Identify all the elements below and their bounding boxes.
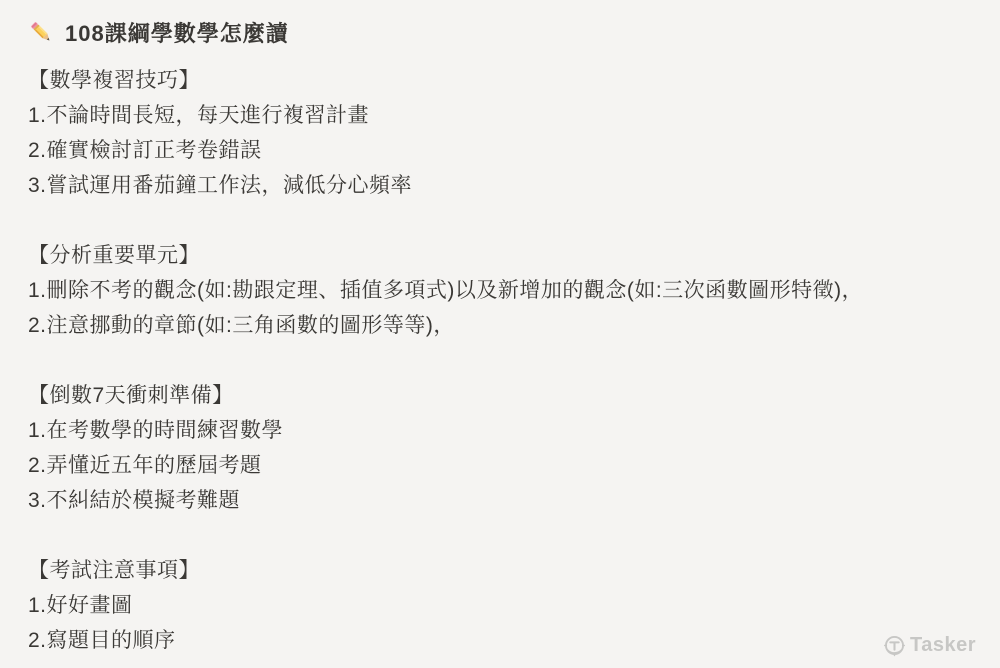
section-key-units: 【分析重要單元】 1.刪除不考的觀念(如:勘跟定理、插值多項式)以及新增加的觀念… (28, 238, 972, 343)
section-heading: 【倒數7天衝刺準備】 (28, 378, 972, 413)
section-final-sprint: 【倒數7天衝刺準備】 1.在考數學的時間練習數學 2.弄懂近五年的歷屆考題 3.… (28, 378, 972, 518)
list-item: 2.寫題目的順序 (28, 623, 972, 658)
document-page: 108課綱學數學怎麼讀 【數學複習技巧】 1.不論時間長短，每天進行複習計畫 2… (0, 0, 1000, 658)
list-item: 2.弄懂近五年的歷屆考題 (28, 448, 972, 483)
page-title-text: 108課綱學數學怎麼讀 (65, 17, 289, 48)
list-item: 1.不論時間長短，每天進行複習計畫 (28, 98, 972, 133)
list-item: 1.好好畫圖 (28, 588, 972, 623)
list-item: 1.在考數學的時間練習數學 (28, 413, 972, 448)
section-heading: 【分析重要單元】 (28, 238, 972, 273)
watermark: Tasker (882, 633, 976, 658)
section-exam-notes: 【考試注意事項】 1.好好畫圖 2.寫題目的順序 (28, 553, 972, 658)
list-item: 2.確實檢討訂正考卷錯誤 (28, 133, 972, 168)
list-item: 3.不糾結於模擬考難題 (28, 483, 972, 518)
page-title: 108課綱學數學怎麼讀 (28, 14, 972, 50)
list-item: 1.刪除不考的觀念(如:勘跟定理、插值多項式)以及新增加的觀念(如:三次函數圖形… (28, 273, 972, 308)
watermark-text: Tasker (910, 634, 976, 657)
list-item: 2.注意挪動的章節(如:三角函數的圖形等等)， (28, 308, 972, 343)
section-heading: 【考試注意事項】 (28, 553, 972, 588)
pencil-icon (28, 19, 55, 46)
list-item: 3.嘗試運用番茄鐘工作法，減低分心頻率 (28, 168, 972, 203)
tasker-logo-icon (882, 633, 907, 658)
section-review-tips: 【數學複習技巧】 1.不論時間長短，每天進行複習計畫 2.確實檢討訂正考卷錯誤 … (28, 63, 972, 203)
section-heading: 【數學複習技巧】 (28, 63, 972, 98)
